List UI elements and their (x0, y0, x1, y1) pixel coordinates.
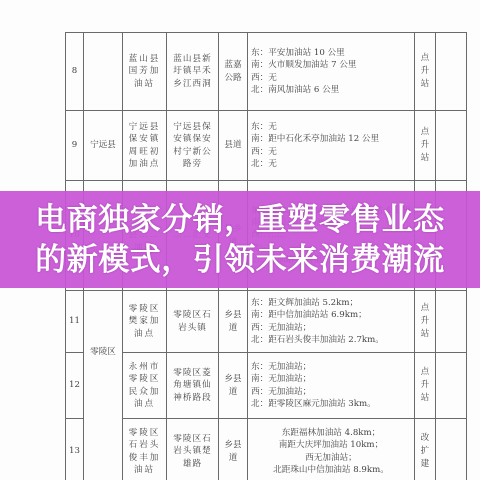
distance-west: 西：无 (251, 72, 411, 84)
address-cell: 宁远县保安镇保安村宁新公路旁 (167, 111, 219, 181)
distance-cell: 东：无加油站； 南：无加油站； 西：无加油站； 北：距零陵区麻元加油站 3km。 (248, 353, 415, 419)
row-number: 8 (66, 33, 84, 111)
distance-east: 东：距文辉加油站 5.2km； (251, 297, 411, 309)
distance-north: 北：无 (251, 158, 411, 170)
distance-cell: 东：平安加油站 10 公里 南：火市顺发加油站 7 公里 西：无 北：南风加油站… (248, 33, 415, 111)
type-cell: 点升站 (414, 291, 435, 353)
county-cell: 零陵区 (84, 291, 123, 480)
table-row: 9 宁远县 宁远县保安镇周旺初加油点 宁远县保安镇保安村宁新公路旁 县道 东：无… (66, 111, 467, 181)
county-cell (84, 33, 123, 111)
remark-cell (435, 291, 466, 353)
distance-north: 北：距零陵区麻元加油站 3km。 (251, 398, 411, 410)
row-number: 13 (66, 419, 84, 480)
distance-cell: 东：距文辉加油站 5.2km； 南：距中信加油站站 6.9km； 西：无加油站；… (248, 291, 415, 353)
headline-line-1: 电商独家分销，重塑零售业态 (35, 200, 445, 240)
distance-south: 南：距中石化禾亭加油站 12 公里 (251, 133, 411, 145)
distance-north: 北：距石岩头俊丰加油站 2.7km。 (251, 334, 411, 346)
distance-east: 东距福林加油站 4.8km； (251, 427, 411, 439)
type-cell: 点升站 (414, 111, 435, 181)
address-cell: 零陵区菱角塘镇仙神桥路段 (167, 353, 219, 419)
station-name-cell: 永州市零陵区民众加油点 (123, 353, 167, 419)
road-cell: 乡县道 (219, 291, 248, 353)
row-number: 12 (66, 353, 84, 419)
type-cell: 点升站 (414, 353, 435, 419)
address-cell: 零陵区石岩头镇楚雄路 (167, 419, 219, 480)
distance-south: 南：无加油站； (251, 373, 411, 385)
remark-cell (435, 111, 466, 181)
distance-north: 北距珠山中信加油站 8.9km。 (251, 464, 411, 476)
county-cell: 宁远县 (84, 111, 123, 181)
table-row: 8 蓝山县国芳加油站 蓝山县新圩镇早禾乡江西洞 蓝嘉公路 东：平安加油站 10 … (66, 33, 467, 111)
address-cell: 零陵区石岩头镇 (167, 291, 219, 353)
road-cell: 蓝嘉公路 (219, 33, 248, 111)
table-row: 11 零陵区 零陵区樊家加油点 零陵区石岩头镇 乡县道 东：距文辉加油站 5.2… (66, 291, 467, 353)
distance-east: 东：平安加油站 10 公里 (251, 47, 411, 59)
station-name-cell: 蓝山县国芳加油站 (123, 33, 167, 111)
distance-south: 南：距中信加油站站 6.9km； (251, 309, 411, 321)
station-name-cell: 宁远县保安镇周旺初加油点 (123, 111, 167, 181)
distance-west: 西无加油站； (251, 452, 411, 464)
distance-south: 南：火市顺发加油站 7 公里 (251, 59, 411, 71)
distance-cell: 东距福林加油站 4.8km； 南距大庆坪加油站 10km； 西无加油站； 北距珠… (248, 419, 415, 480)
distance-north: 北：南风加油站 6 公里 (251, 84, 411, 96)
headline-line-2: 的新模式，引领未来消费潮流 (35, 240, 445, 280)
address-cell: 蓝山县新圩镇早禾乡江西洞 (167, 33, 219, 111)
remark-cell (435, 33, 466, 111)
distance-cell: 东：无 南：距中石化禾亭加油站 12 公里 西：无 北：无 (248, 111, 415, 181)
remark-cell (435, 419, 466, 480)
distance-east: 东：无加油站； (251, 361, 411, 373)
row-number: 11 (66, 291, 84, 353)
headline-banner: 电商独家分销，重塑零售业态 的新模式，引领未来消费潮流 (0, 191, 480, 288)
row-number: 9 (66, 111, 84, 181)
distance-west: 西：无加油站； (251, 322, 411, 334)
station-name-cell: 零陵区樊家加油点 (123, 291, 167, 353)
road-cell: 县道 (219, 111, 248, 181)
type-cell: 点升站 (414, 33, 435, 111)
table-row: 13 零陵区石岩头俊丰加油站 零陵区石岩头镇楚雄路 乡县道 东距福林加油站 4.… (66, 419, 467, 480)
road-cell: 乡县道 (219, 419, 248, 480)
distance-east: 东：无 (251, 121, 411, 133)
distance-west: 西：无加油站； (251, 386, 411, 398)
table-row: 12 永州市零陵区民众加油点 零陵区菱角塘镇仙神桥路段 乡县道 东：无加油站； … (66, 353, 467, 419)
distance-west: 西：无 (251, 146, 411, 158)
remark-cell (435, 353, 466, 419)
road-cell: 乡县道 (219, 353, 248, 419)
station-name-cell: 零陵区石岩头俊丰加油站 (123, 419, 167, 480)
type-cell: 改扩建 (414, 419, 435, 480)
distance-south: 南距大庆坪加油站 10km； (251, 439, 411, 451)
